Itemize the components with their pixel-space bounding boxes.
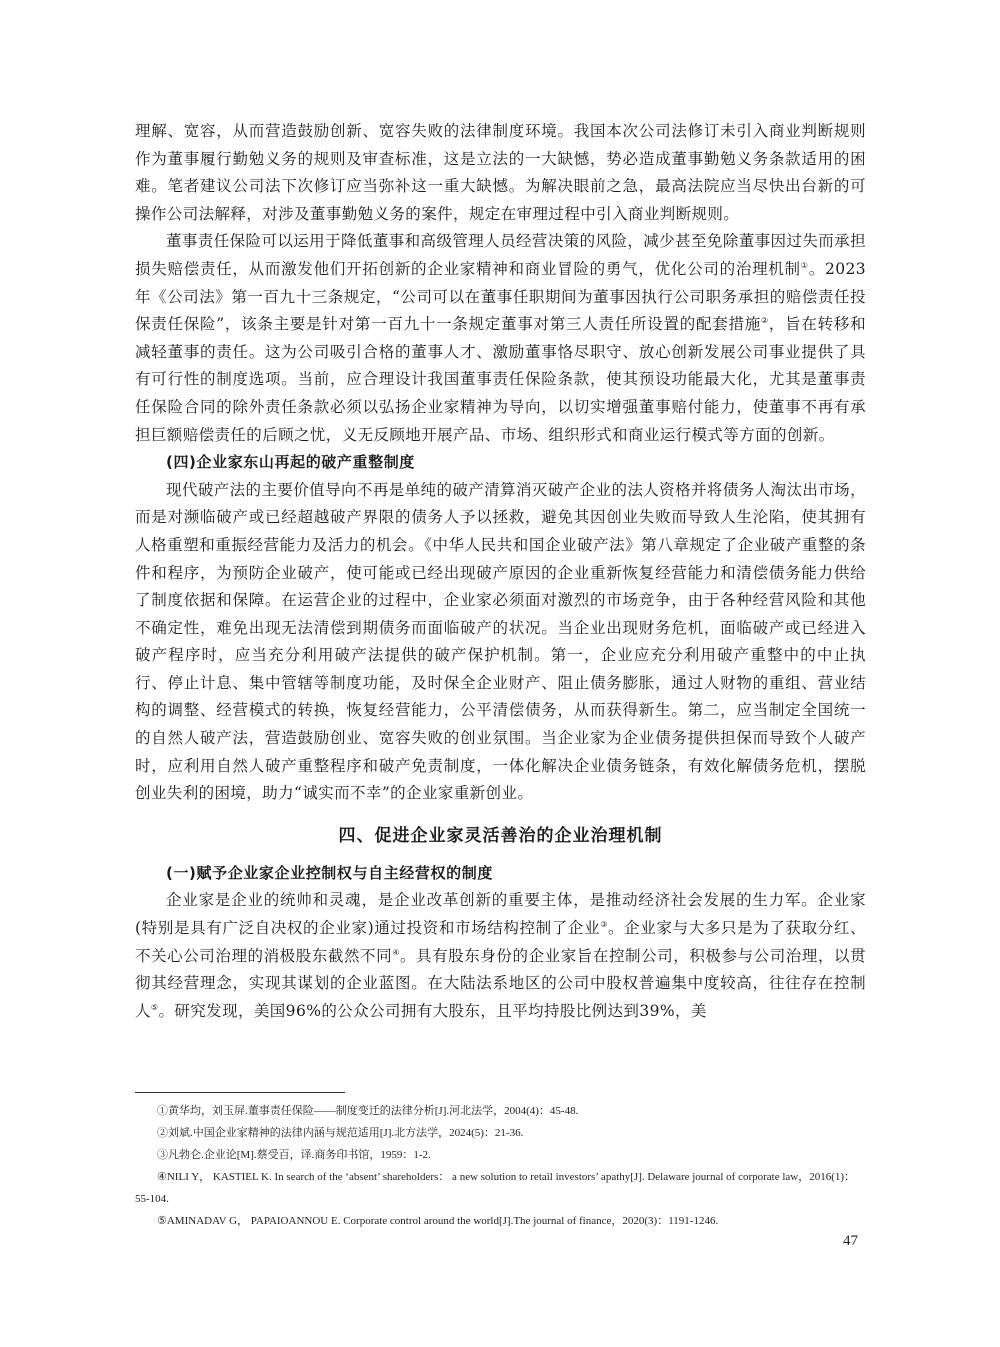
footnote-ref-2[interactable]: ② xyxy=(761,316,769,325)
paragraph-directors-liability-insurance: 董事责任保险可以运用于降低董事和高级管理人员经营决策的风险，减少甚至免除董事因过… xyxy=(135,228,866,449)
paragraph-text: 。研究发现，美国96%的公众公司拥有大股东，且平均持股比例达到39%，美 xyxy=(158,1002,706,1020)
subheading-control-rights: (一)赋予企业家企业控制权与自主经营权的制度 xyxy=(135,860,866,888)
footnote-4: ④NILI Y， KASTIEL K. In search of the ‘ab… xyxy=(135,1166,866,1210)
footnote-5: ⑤AMINADAV G， PAPAIOANNOU E. Corporate co… xyxy=(135,1210,866,1232)
section-title-corporate-governance: 四、促进企业家灵活善治的企业治理机制 xyxy=(135,822,866,850)
subheading-bankruptcy-reorganization: (四)企业家东山再起的破产重整制度 xyxy=(135,449,866,477)
footnote-ref-1[interactable]: ① xyxy=(801,261,809,270)
footnote-2: ②刘斌.中国企业家精神的法律内涵与规范适用[J].北方法学，2024(5)：21… xyxy=(135,1122,866,1144)
paragraph-text: 董事责任保险可以运用于降低董事和高级管理人员经营决策的风险，减少甚至免除董事因过… xyxy=(135,232,866,278)
paragraph-commercial-judgment-continuation: 理解、宽容，从而营造鼓励创新、宽容失败的法律制度环境。我国本次公司法修订未引入商… xyxy=(135,118,866,228)
footnote-3: ③凡勃仑.企业论[M].蔡受百，译.商务印书馆，1959：1-2. xyxy=(135,1144,866,1166)
footnote-ref-3[interactable]: ③ xyxy=(600,920,608,929)
footnote-ref-4[interactable]: ④ xyxy=(392,947,400,956)
paragraph-bankruptcy-law: 现代破产法的主要价值导向不再是单纯的破产清算消灭破产企业的法人资格并将债务人淘汰… xyxy=(135,477,866,808)
footnote-divider xyxy=(135,1092,345,1093)
footnote-1: ①黄华均，刘玉屏.董事责任保险——制度变迁的法律分析[J].河北法学，2004(… xyxy=(135,1100,866,1122)
page-body: 理解、宽容，从而营造鼓励创新、宽容失败的法律制度环境。我国本次公司法修订未引入商… xyxy=(135,118,866,1025)
footnotes: ①黄华均，刘玉屏.董事责任保险——制度变迁的法律分析[J].河北法学，2004(… xyxy=(135,1100,866,1232)
paragraph-entrepreneur-control: 企业家是企业的统帅和灵魂，是企业改革创新的重要主体，是推动经济社会发展的生力军。… xyxy=(135,887,866,1025)
paragraph-text: ，旨在转移和减轻董事的责任。这为公司吸引合格的董事人才、激励董事恪尽职守、放心创… xyxy=(135,315,866,443)
page-number: 47 xyxy=(843,1233,858,1250)
